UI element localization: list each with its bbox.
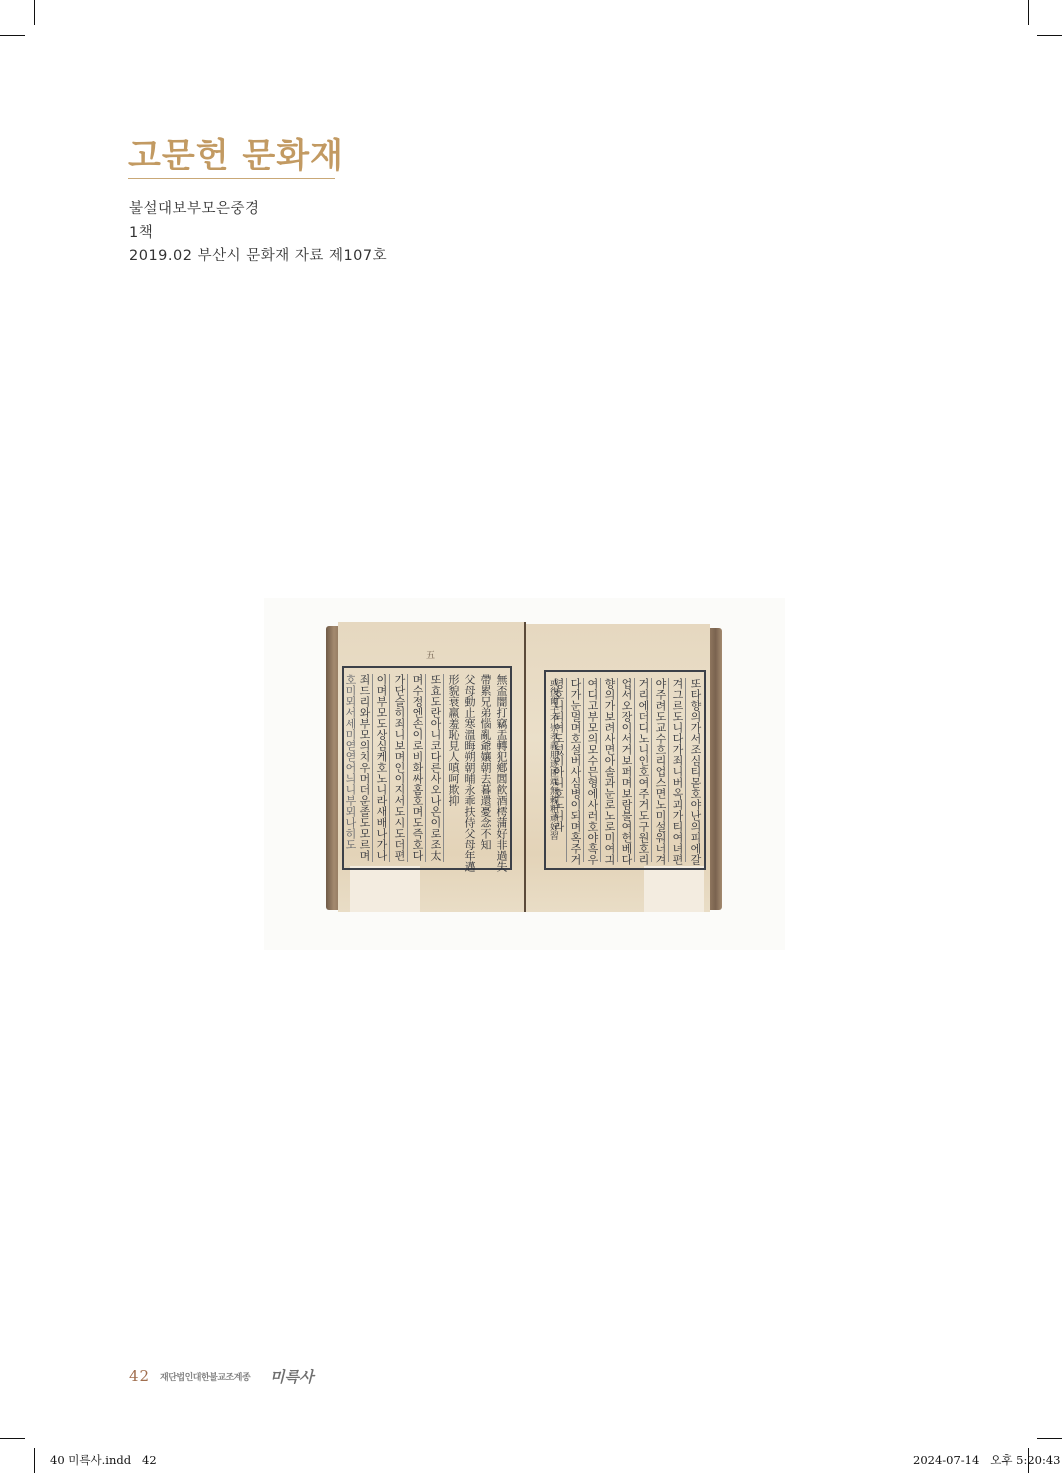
text-column: 야주려도교수흐리업스면노미설워너겨 [653,678,667,865]
left-page-folio: 五 [426,648,435,661]
column-rule [389,674,390,862]
column-rule [425,674,426,862]
column-rule [634,678,635,862]
slug-timestamp: 2024-07-14 오후 5:20:43 [913,1452,1060,1468]
column-rule [583,678,584,862]
text-column: 父母動止寒溫晦朔朝晡永乖扶侍父母年邁 [462,674,476,872]
text-column: 形貌衰羸羞恥見人嗔呵欺抑 [446,674,460,806]
column-rule [372,674,373,862]
text-column: 죄드리와부모의치우머더운졸도모르며 [357,674,371,861]
artifact-designation: 2019.02 부산시 문화재 자료 제107호 [129,245,387,269]
column-rule [600,678,601,862]
text-column: 이며부모도상심케호노니라새배나가나 [374,674,388,861]
right-page-text-frame: 또타향의가서조심티몯호야난의피에갈 겨그르도니다가죄니버옥괴가티여녀편 야주려도… [544,670,706,870]
column-rule [685,678,686,862]
column-rule [617,678,618,862]
page-title: 고문헌 문화재 [128,128,344,177]
text-column: 또타향의가서조심티몯호야난의피에갈 [688,678,702,865]
column-rule [566,678,567,862]
text-column: 며수정엔손이로비화싸홈호며도즉호다 [410,674,424,861]
text-column: 帶累兄弟惱亂爺孃朝去暮還憂念不知 [478,674,492,850]
text-column: 또효도란아니코다른사오나온이로조太 [428,674,442,861]
crop-mark-top-right-vertical [1028,0,1029,25]
left-page-text-frame: 無盃闇打竊盂轉犯鄕閭飮酒樗蒲好非過失 帶累兄弟惱亂爺孃朝去暮還憂念不知 父母動止… [342,666,512,870]
artifact-info: 불설대보부모은중경 1책 2019.02 부산시 문화재 자료 제107호 [129,198,387,269]
artifact-name: 불설대보부모은중경 [129,198,387,222]
page-number: 42 [129,1367,150,1385]
crop-mark-top-left-vertical [34,0,35,25]
open-book: 五 無盃闇打竊盂轉犯鄕閭飮酒樗蒲好非過失 帶累兄弟惱亂爺孃朝去暮還憂念不知 父母… [264,598,785,950]
title-underline [128,178,335,179]
column-rule [407,674,408,862]
text-column: 다가눈멀며호설버사심병이되며혹주거 [568,678,582,865]
text-column: 여디고부모의모수믄형에사러호야흑우 [585,678,599,865]
crop-mark-bottom-right-horizontal [1037,1438,1062,1439]
left-page-bottom-margin [350,866,420,912]
text-column: 거리에더디노니인호여주거도구원호리 [636,678,650,865]
text-column: 향의가보려사면아솔과눈로노로미여긔 [602,678,616,865]
crop-mark-top-right-horizontal [1037,35,1062,36]
column-rule [651,678,652,862]
left-page: 五 無盃闇打竊盂轉犯鄕閭飮酒樗蒲好非過失 帶累兄弟惱亂爺孃朝去暮還憂念不知 父母… [338,622,526,912]
crop-mark-top-left-horizontal [0,35,25,36]
crop-mark-bottom-left-horizontal [0,1438,25,1439]
column-rule [668,678,669,862]
right-page: 또타향의가서조심티몯호야난의피에갈 겨그르도니다가죄니버옥괴가티여녀편 야주려도… [526,624,710,912]
crop-mark-bottom-left-vertical [34,1448,35,1473]
text-column: 或復爾子不崇孝義朋逐匪端無賴粗頑好習 [547,678,559,840]
column-rule [443,674,444,862]
artifact-quantity: 1책 [129,222,387,246]
text-column: 호미뫼서세미엳엳어늬니부뫼나히도 [343,674,357,850]
text-column: 겨그르도니다가죄니버옥괴가티여녀편 [670,678,684,865]
slug-filename: 40 미륵사.indd 42 [50,1452,157,1468]
publisher-brand-logotype: 미륵사 [270,1366,313,1387]
publisher-name: 재단법인대한불교조계종 [160,1370,250,1383]
text-column: 가단슬히죄니보며인이지서도시도더편 [392,674,406,861]
right-page-bottom-margin [644,866,704,912]
book-photograph: 五 無盃闇打竊盂轉犯鄕閭飮酒樗蒲好非過失 帶累兄弟惱亂爺孃朝去暮還憂念不知 父母… [264,598,785,950]
text-column: 無盃闇打竊盂轉犯鄕閭飮酒樗蒲好非過失 [494,674,508,872]
text-column: 업서오장이서거보퍼며보람불여헌베다 [619,678,633,865]
